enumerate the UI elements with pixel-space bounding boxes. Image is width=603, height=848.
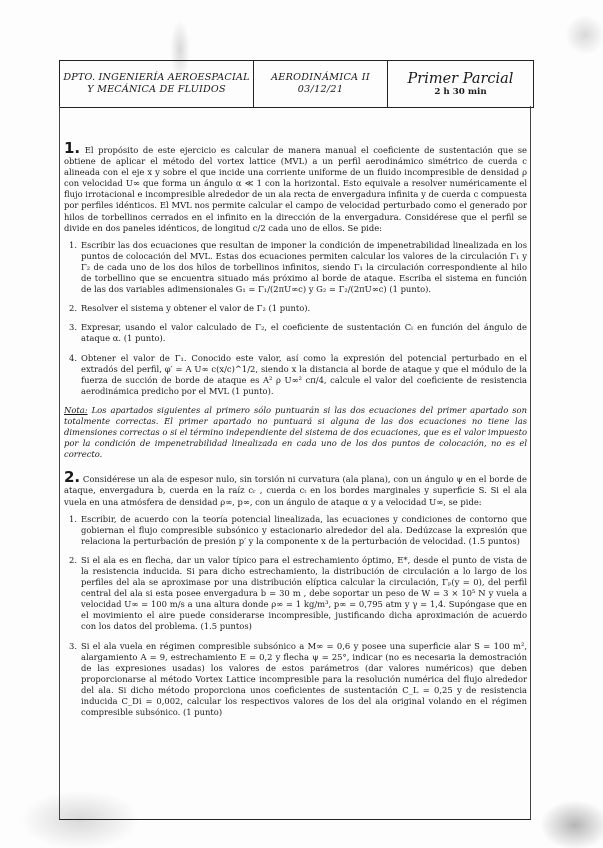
sub-question: 2.Resolver el sistema y obtener el valor… <box>64 303 527 314</box>
sub-question-number: 3. <box>69 641 77 652</box>
exam-title-cell: Primer Parcial 2 h 30 min <box>388 61 533 107</box>
question-text: El propósito de este ejercicio es calcul… <box>64 145 527 233</box>
scan-smudge <box>540 800 603 848</box>
question-2-items: 1.Escribir, de acuerdo con la teoría pot… <box>64 514 527 719</box>
note-label: Nota: <box>64 405 88 415</box>
exam-content: 1. El propósito de este ejercicio es cal… <box>64 143 527 726</box>
department-line2: Y MECÁNICA DE FLUIDOS <box>87 84 225 96</box>
sub-question-number: 2. <box>69 303 77 314</box>
department-cell: DPTO. INGENIERÍA AEROESPACIAL Y MECÁNICA… <box>60 61 254 107</box>
question-number: 2. <box>64 468 80 486</box>
sub-question-number: 2. <box>69 555 77 566</box>
exam-date: 03/12/21 <box>298 84 344 96</box>
question-2-intro: 2. Considérese un ala de espesor nulo, s… <box>64 472 527 507</box>
sub-question-text: Escribir las dos ecuaciones que resultan… <box>81 240 527 294</box>
sub-question-text: Expresar, usando el valor calculado de Γ… <box>81 322 527 343</box>
question-2: 2. Considérese un ala de espesor nulo, s… <box>64 472 527 718</box>
sub-question-text: Si el ala vuela en régimen compresible s… <box>81 641 527 718</box>
sub-question: 1.Escribir las dos ecuaciones que result… <box>64 240 527 295</box>
sub-question-number: 4. <box>69 353 77 364</box>
sub-question: 3.Expresar, usando el valor calculado de… <box>64 322 527 344</box>
sub-question-text: Escribir, de acuerdo con la teoría poten… <box>81 514 527 546</box>
department-line1: DPTO. INGENIERÍA AEROESPACIAL <box>63 72 249 84</box>
sub-question-text: Si el ala es en flecha, dar un valor típ… <box>81 555 527 632</box>
sub-question-number: 1. <box>69 514 77 525</box>
sub-question: 1.Escribir, de acuerdo con la teoría pot… <box>64 514 527 547</box>
question-1-items: 1.Escribir las dos ecuaciones que result… <box>64 240 527 397</box>
sub-question: 2.Si el ala es en flecha, dar un valor t… <box>64 555 527 633</box>
sub-question-text: Resolver el sistema y obtener el valor d… <box>81 303 310 313</box>
sub-question-text: Obtener el valor de Γ₁. Conocido este va… <box>81 353 527 396</box>
question-1-intro: 1. El propósito de este ejercicio es cal… <box>64 143 527 234</box>
scan-smudge <box>565 15 603 55</box>
question-number: 1. <box>64 139 80 157</box>
exam-duration: 2 h 30 min <box>434 87 486 98</box>
question-text: Considérese un ala de espesor nulo, sin … <box>64 474 527 506</box>
exam-title: Primer Parcial <box>408 71 514 87</box>
sub-question-number: 1. <box>69 240 77 251</box>
sub-question: 3.Si el ala vuela en régimen compresible… <box>64 641 527 719</box>
grading-note: Nota: Los apartados siguientes al primer… <box>64 405 527 460</box>
sub-question: 4.Obtener el valor de Γ₁. Conocido este … <box>64 353 527 397</box>
sub-question-number: 3. <box>69 322 77 333</box>
exam-header: DPTO. INGENIERÍA AEROESPACIAL Y MECÁNICA… <box>59 60 534 108</box>
course-name: AERODINÁMICA II <box>271 72 370 84</box>
note-text: Los apartados siguientes al primero sólo… <box>64 405 527 459</box>
course-cell: AERODINÁMICA II 03/12/21 <box>254 61 388 107</box>
question-1: 1. El propósito de este ejercicio es cal… <box>64 143 527 460</box>
